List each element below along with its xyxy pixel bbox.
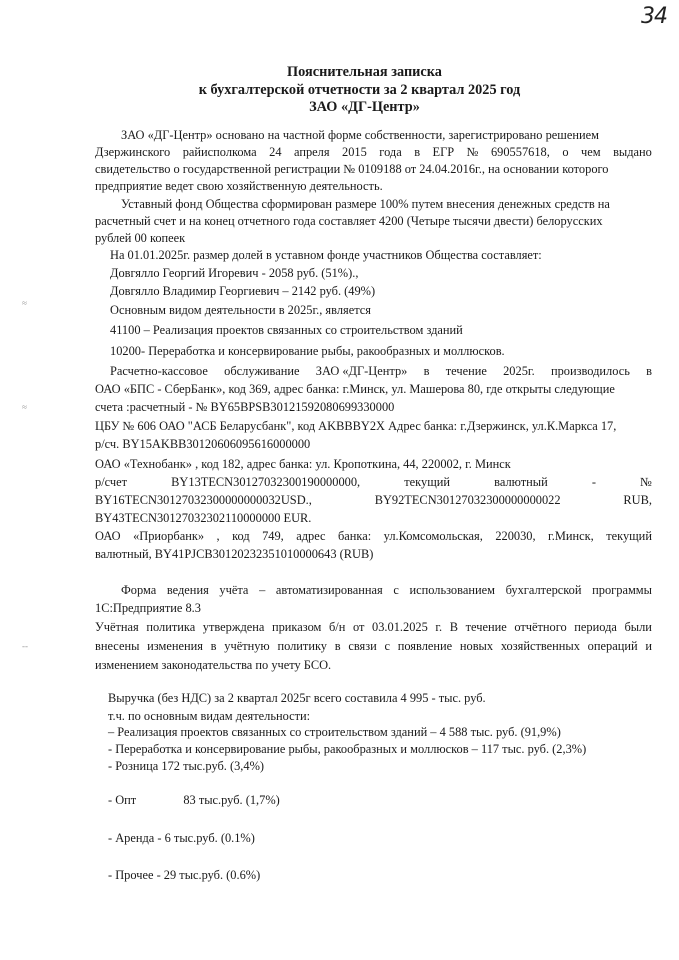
revenue-item: - Переработка и консервирование рыбы, ра… <box>108 741 665 757</box>
word: в <box>211 638 217 654</box>
activity-item: 41100 – Реализация проектов связанных со… <box>110 322 652 338</box>
activity-item: 10200- Переработка и консервирование рыб… <box>110 343 652 359</box>
word: течение <box>446 363 487 379</box>
title-line-2: к бухгалтерской отчетности за 2 квартал … <box>40 82 679 100</box>
bank-line: ЦБУ № 606 ОАО "АСБ Беларусбанк", код AKB… <box>95 418 652 434</box>
word: внесены <box>95 638 139 654</box>
word: BY13TECN30127032300190000000, <box>171 474 360 490</box>
bank-line: р/сч. BY15AKBB30120606095616000000 <box>95 436 652 452</box>
charter-fund-line: Уставный фонд Общества сформирован разме… <box>121 196 652 212</box>
scan-margin-mark: -- <box>22 641 28 651</box>
accounting-software: 1С:Предприятие 8.3 <box>95 600 652 616</box>
word: бухгалтерской <box>506 582 582 598</box>
title-line-3: ЗАО «ДГ-Центр» <box>50 99 679 117</box>
word: р/счет <box>95 474 127 490</box>
bank-line: ОАО «БПС - СберБанк», код 369, адрес бан… <box>95 381 652 397</box>
word: текущий <box>606 528 652 544</box>
accounting-policy-row: внесеныизменениявучётнуюполитикувсвязисп… <box>95 638 652 654</box>
revenue-subheading: т.ч. по основным видам деятельности: <box>108 708 665 724</box>
word: в <box>646 363 652 379</box>
word: текущий <box>404 474 450 490</box>
word: райисполкома <box>183 144 257 160</box>
shareholder-item: Довгялло Георгий Игоревич - 2058 руб. (5… <box>110 265 652 281</box>
word: года <box>379 144 401 160</box>
intro-line: ЗАО «ДГ-Центр» основано на частной форме… <box>121 127 652 143</box>
revenue-item-other: - Прочее - 29 тыс.руб. (0.6%) <box>108 867 665 883</box>
revenue-item-wholesale: - Опт 83 тыс.руб. (1,7%) <box>108 792 665 808</box>
wholesale-label: - Опт <box>108 793 136 807</box>
word: программы <box>592 582 652 598</box>
revenue-total: Выручка (без НДС) за 2 квартал 2025г все… <box>108 690 665 706</box>
word: учёта <box>219 582 248 598</box>
word: г.Минск, <box>548 528 594 544</box>
word: б/н <box>329 619 345 635</box>
accounting-policy-row: изменением законодательства по учету БСО… <box>95 657 652 673</box>
word: № <box>640 474 652 490</box>
title-line-1: Пояснительная записка <box>50 64 679 82</box>
word: в <box>424 363 430 379</box>
intro-line: предприятие ведет свою хозяйственную дея… <box>95 178 652 194</box>
word: ЗАО «ДГ-Центр» <box>316 363 408 379</box>
word: ведения <box>167 582 209 598</box>
revenue-item: – Реализация проектов связанных со строи… <box>108 724 665 740</box>
document-title: Пояснительная записка к бухгалтерской от… <box>0 64 679 117</box>
word: 749, <box>262 528 284 544</box>
shares-heading: На 01.01.2025г. размер долей в уставном … <box>110 247 652 263</box>
intro-line-justified: Дзержинскогорайисполкома24апреля2015года… <box>95 144 652 160</box>
word: о <box>562 144 568 160</box>
word: автоматизированная <box>276 582 383 598</box>
word: появление <box>398 638 452 654</box>
word: выдано <box>613 144 652 160</box>
word: г. <box>435 619 442 635</box>
revenue-item-rent: - Аренда - 6 тыс.руб. (0.1%) <box>108 830 665 846</box>
priorbank-account: валютный, BY41PJCB30120232351010000643 (… <box>95 546 652 562</box>
word: адрес <box>296 528 325 544</box>
word: в <box>335 638 341 654</box>
word: ЕГР <box>433 144 455 160</box>
shareholder-item: Довгялло Владимир Георгиевич – 2142 руб.… <box>110 283 652 299</box>
word: отчётного <box>514 619 566 635</box>
revenue-item: - Розница 172 тыс.руб. (3,4%) <box>108 758 665 774</box>
word: от <box>353 619 364 635</box>
activities-heading: Основным видом деятельности в 2025г., яв… <box>110 302 652 318</box>
word: В <box>450 619 458 635</box>
word: политику <box>277 638 327 654</box>
word: политика <box>146 619 195 635</box>
technobank-accounts-row: р/счетBY13TECN30127032300190000000,текущ… <box>95 474 652 490</box>
accounting-policy-row: Учётнаяполитикаутвержденаприказомб/нот03… <box>95 619 652 635</box>
word: валютный <box>494 474 548 490</box>
word: Форма <box>121 582 156 598</box>
technobank-accounts-row: BY16TECN30127032300000000032USD.,BY92TEC… <box>95 492 652 508</box>
word: Учётная <box>95 619 139 635</box>
word: ОАО <box>95 528 121 544</box>
word: № <box>467 144 479 160</box>
word: банка: <box>338 528 371 544</box>
word: апреля <box>294 144 330 160</box>
word: использованием <box>409 582 494 598</box>
word: были <box>625 619 652 635</box>
word: новых <box>460 638 493 654</box>
word: - <box>592 474 596 490</box>
word: и <box>645 638 652 654</box>
word: утверждена <box>203 619 265 635</box>
word: чем <box>581 144 601 160</box>
scan-margin-mark: ≈ <box>22 402 27 412</box>
word: 03.01.2025 <box>372 619 428 635</box>
word: , <box>217 528 220 544</box>
bank-line: счета :расчетный - № BY65BPSB30121592080… <box>95 399 652 415</box>
word: в <box>414 144 420 160</box>
banking-intro: Расчетно-кассовоеобслуживаниеЗАО «ДГ-Цен… <box>110 363 652 379</box>
bank-line: ОАО «Технобанк» , код 182, адрес банка: … <box>95 456 652 472</box>
word: – <box>259 582 265 598</box>
charter-fund-line: рублей 00 копеек <box>95 230 652 246</box>
technobank-eur-account: BY43TECN30127032302110000000 EUR. <box>95 510 652 526</box>
word: 690557618, <box>491 144 550 160</box>
word: учётную <box>224 638 269 654</box>
word: приказом <box>272 619 321 635</box>
word: операций <box>588 638 638 654</box>
charter-fund-line: расчетный счет и на конец отчетного года… <box>95 213 652 229</box>
word: 2015 <box>342 144 367 160</box>
word: 220030, <box>495 528 535 544</box>
word: обслуживание <box>224 363 299 379</box>
word: течение <box>466 619 507 635</box>
word: ул.Комсомольская, <box>384 528 483 544</box>
handwritten-page-number: 34 <box>641 4 667 29</box>
word: производилось <box>551 363 630 379</box>
word: Дзержинского <box>95 144 170 160</box>
word: с <box>384 638 390 654</box>
priorbank-row: ОАО«Приорбанк»,код749,адресбанка:ул.Комс… <box>95 528 652 544</box>
word: периода <box>574 619 617 635</box>
word: BY16TECN30127032300000000032USD., <box>95 492 312 508</box>
word: BY92TECN30127032300000000022 <box>375 492 561 508</box>
word: «Приорбанк» <box>133 528 204 544</box>
word: связи <box>348 638 376 654</box>
scan-margin-mark: ≈ <box>22 298 27 308</box>
word: RUB, <box>623 492 652 508</box>
word: 2025г. <box>503 363 535 379</box>
word: с <box>393 582 399 598</box>
word: 24 <box>269 144 281 160</box>
word: код <box>232 528 250 544</box>
intro-line: свидетельство о государственной регистра… <box>95 161 652 177</box>
accounting-form-row: Формаведенияучёта–автоматизированнаясисп… <box>121 582 652 598</box>
word: Расчетно-кассовое <box>110 363 208 379</box>
word: хозяйственных <box>501 638 580 654</box>
word: изменения <box>147 638 203 654</box>
wholesale-value: 83 тыс.руб. (1,7%) <box>183 793 279 807</box>
